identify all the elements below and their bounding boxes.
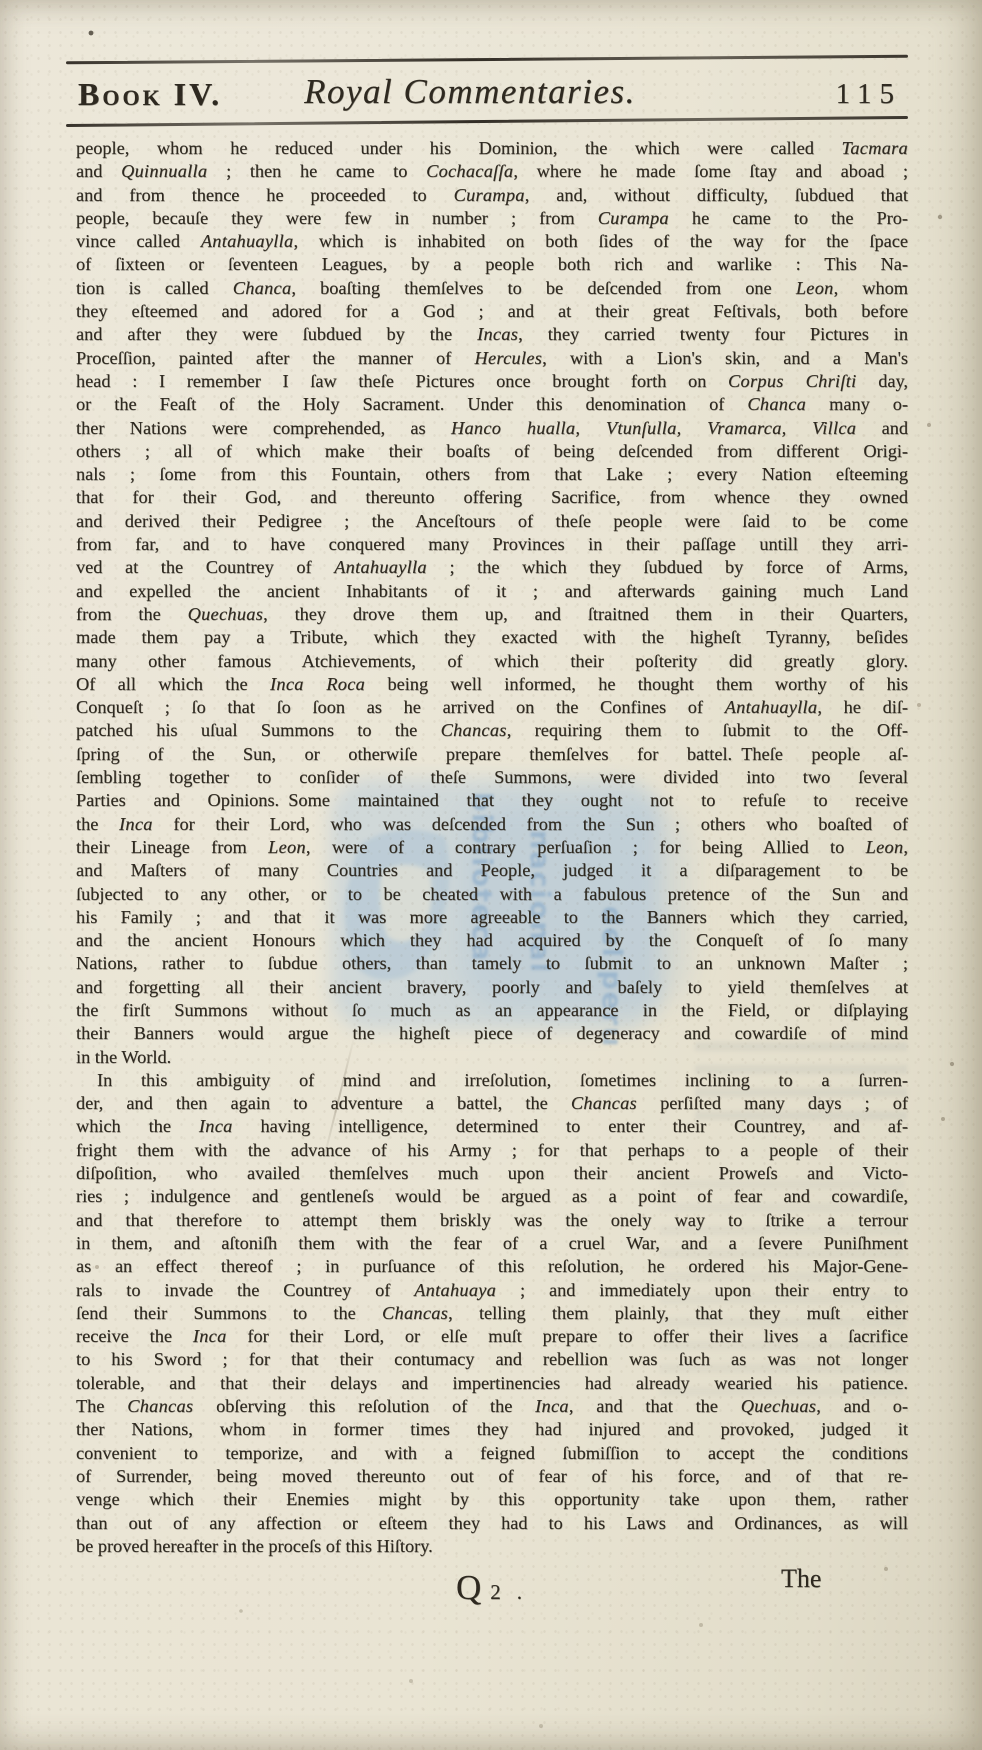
text-line: Of all which the Inca Roca being well in… [76,673,908,696]
signature-number: 2 [490,1580,501,1604]
text-line: of Surrender, being moved thereunto out … [76,1465,908,1488]
signature-mark: Q2. [456,1568,522,1608]
text-line: from far, and to have conquered many Pro… [76,533,908,556]
text-line: of ſixteen or ſeventeen Leagues, by a pe… [76,253,908,276]
paragraph-1: people, whom he reduced under his Domini… [76,137,908,1069]
text-line: and forgetting all their ancient bravery… [76,976,908,999]
ink-bleedthrough [695,1042,907,1128]
text-line: ther Nations were comprehended, as Hanco… [76,417,908,440]
text-line: his Family ; and that it was more agreea… [76,906,908,929]
running-header: Book IV. Royal Commentaries. 115 [78,70,908,118]
text-line: many other famous Atchievements, of whic… [76,650,908,673]
text-line: people, whom he reduced under his Domini… [76,137,908,160]
book-number-label: Book IV. [78,76,222,113]
text-line: ved at the Countrey of Antahuaylla ; the… [76,556,908,579]
text-line: or the Feaſt of the Holy Sacrament. Unde… [76,393,908,416]
text-line: patched his uſual Summons to the Chancas… [76,719,908,742]
text-line: others ; all of which make their boaſts … [76,440,908,463]
signature-letter: Q [456,1568,481,1607]
text-line: the firſt Summons without ſo much as an … [76,999,908,1022]
text-line: nals ; ſome from this Fountain, others f… [76,463,908,486]
text-line: fright them with the advance of his Army… [76,1139,908,1162]
catchword: The [781,1564,821,1594]
paper-specks [0,0,2,2]
text-line: and the ancient Honours which they had a… [76,929,908,952]
text-line: ſubjected to any other, or to be cheated… [76,883,908,906]
text-line: than out of any affection or eſteem they… [76,1512,908,1535]
text-line: Conqueſt ; ſo that ſo ſoon as he arrived… [76,696,908,719]
ink-bleedthrough [660,1180,905,1400]
signature-dot: . [517,1580,522,1604]
text-line: made them pay a Tribute, which they exac… [76,626,908,649]
page-footer: Q2. The [0,1560,982,1630]
text-line: the Inca for their Lord, who was deſcend… [76,813,908,836]
text-line: be proved hereafter in the proceſs of th… [76,1535,908,1558]
text-line: ſpring of the Sun, or otherwiſe prepare … [76,743,908,766]
text-line: people, becauſe they were few in number … [76,207,908,230]
text-line: ther Nations, whom in former times they … [76,1418,908,1441]
text-line: Nations, rather to ſubdue others, than t… [76,952,908,975]
text-line: their Lineage from Leon, were of a contr… [76,836,908,859]
text-line: and Quinnualla ; then he came to Cochaca… [76,160,908,183]
text-line: and derived their Pedigree ; the Anceſto… [76,510,908,533]
text-line: and from thence he proceeded to Curampa,… [76,184,908,207]
top-rule [66,55,908,65]
paragraph-lines: people, whom he reduced under his Domini… [76,137,908,1046]
text-line: and after they were ſubdued by the Incas… [76,323,908,346]
page-number: 115 [836,78,902,111]
text-line: they eſteemed and adored for a God ; and… [76,300,908,323]
text-line: that for their God, and thereunto offeri… [76,486,908,509]
text-line: ſembling together to conſider of theſe S… [76,766,908,789]
text-line: convenient to temporize, and with a feig… [76,1442,908,1465]
text-line: Proceſſion, painted after the manner of … [76,347,908,370]
text-line: from the Quechuas, they drove them up, a… [76,603,908,626]
running-title: Royal Commentaries. [304,72,636,112]
text-line: venge which their Enemies might by this … [76,1488,908,1511]
text-line: and Maſters of many Countries and People… [76,859,908,882]
text-line: vince called Antahuaylla, which is inhab… [76,230,908,253]
text-line: tion is called Chanca, boaſting themſelv… [76,277,908,300]
text-line: Parties and Opinions. Some maintained th… [76,789,908,812]
text-line: and expelled the ancient Inhabitants of … [76,580,908,603]
text-line: head : I remember I ſaw theſe Pictures o… [76,370,908,393]
scanned-book-page: Book IV. Royal Commentaries. 115 bibliot… [0,0,982,1750]
